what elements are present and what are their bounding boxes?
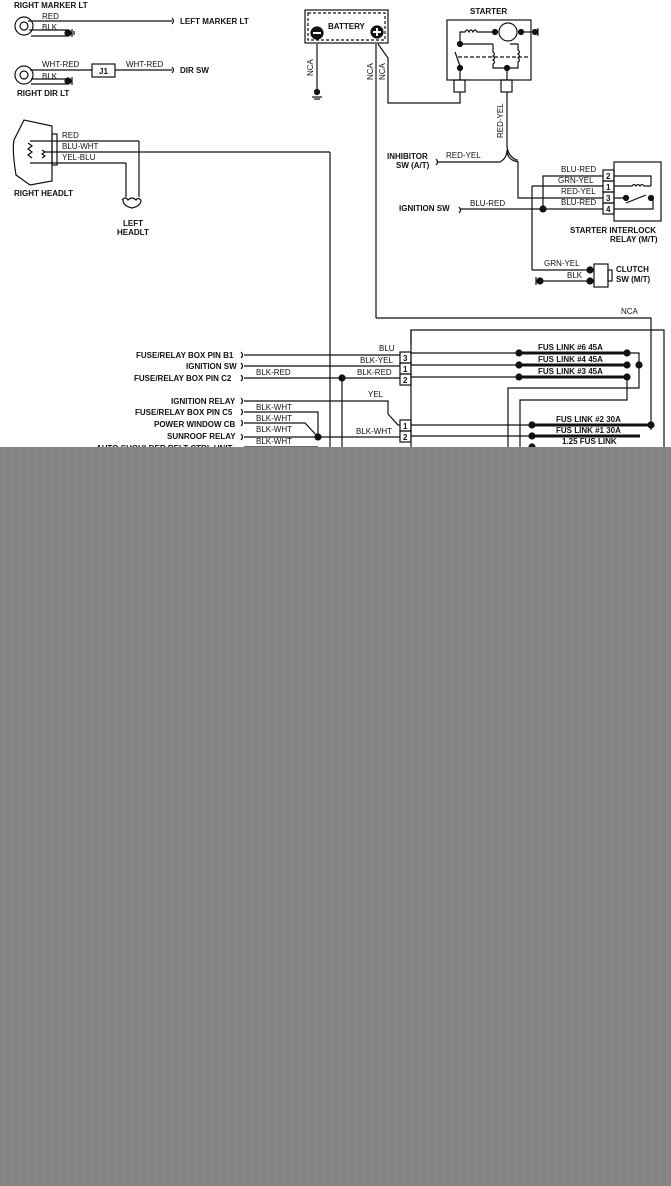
wire-label: RED-YEL — [561, 187, 596, 196]
wire-label: NCA — [306, 58, 315, 76]
ignition-sw-label: IGNITION SW — [399, 204, 450, 213]
source-label: POWER WINDOW CB — [154, 420, 236, 429]
ground-icon — [65, 78, 71, 84]
right-headlt-label: RIGHT HEADLT — [14, 189, 73, 198]
source-label: IGNITION SW — [186, 362, 237, 371]
source-label: FUSE/RELAY BOX PIN B1 — [136, 351, 234, 360]
fusible-link-label: FUS LINK #1 30A — [556, 426, 621, 435]
left-headlt-label: LEFT — [123, 219, 143, 228]
wire-label: BLK-WHT — [256, 403, 292, 412]
redaction-overlay — [0, 447, 671, 1186]
starter-interlock-circuit: INHIBITOR SW (A/T) RED-YEL IGNITION SW B… — [387, 150, 661, 287]
wire-label: RED-YEL — [446, 151, 481, 160]
starter-interlock-label: STARTER INTERLOCK — [570, 226, 656, 235]
inhibitor-sw-label: INHIBITOR — [387, 152, 428, 161]
wire-label: BLK-WHT — [256, 437, 292, 446]
fusible-link-label: FUS LINK #6 45A — [538, 343, 603, 352]
relay-coil-icon — [614, 176, 651, 186]
fusible-link-label: 1.25 FUS LINK — [562, 437, 617, 446]
source-label: FUSE/RELAY BOX PIN C2 — [134, 374, 232, 383]
starter-label: STARTER — [470, 7, 507, 16]
wire-label: RED-YEL — [496, 103, 505, 138]
relay-pin: 4 — [606, 205, 611, 214]
fusible-links: FUS LINK #6 45A FUS LINK #4 45A FUS LINK… — [411, 343, 654, 450]
wire-label: YEL — [368, 390, 384, 399]
fusible-link-label: FUS LINK #3 45A — [538, 367, 603, 376]
source-label: IGNITION RELAY — [171, 397, 236, 406]
wire-label: BLK — [567, 271, 583, 280]
relay-pin: 3 — [606, 194, 611, 203]
clutch-sw-box — [594, 264, 608, 287]
connector-pin: 2 — [403, 433, 408, 442]
wire-label: NCA — [621, 307, 639, 316]
connector-pin: 1 — [403, 365, 408, 374]
wire-label: BLU-RED — [561, 198, 596, 207]
source-label: SUNROOF RELAY — [167, 432, 236, 441]
wire-label: BLU-RED — [561, 165, 596, 174]
connector-icon — [122, 198, 141, 208]
right-dir-light: J1 DIR SW WHT-RED WHT-RED BLK RIGHT DIR … — [15, 60, 209, 98]
clutch-sw-label: CLUTCH — [616, 265, 649, 274]
fuse-connector-lower: 1 2 IGNITION RELAY FUSE/RELAY BOX PIN C5… — [96, 390, 411, 453]
interlock-relay-box — [614, 162, 661, 221]
filament-icon — [28, 143, 32, 158]
ground-icon — [537, 278, 543, 284]
right-marker-lt-label: RIGHT MARKER LT — [14, 1, 88, 10]
wire-label: WHT-RED — [126, 60, 164, 69]
connector-pin: 1 — [403, 422, 408, 431]
nca-feed-wire — [376, 318, 651, 430]
starter: STARTER RED-YEL — [447, 7, 538, 160]
wire-label: BLK-WHT — [356, 427, 392, 436]
wire-label: BLK-RED — [256, 368, 291, 377]
connector-break-icon — [172, 18, 174, 24]
wire-label: BLK-WHT — [256, 425, 292, 434]
wire-label: BLK — [42, 23, 58, 32]
starter-interlock-label: RELAY (M/T) — [610, 235, 658, 244]
left-marker-lt-label: LEFT MARKER LT — [180, 17, 249, 26]
connector-pin: 3 — [403, 354, 408, 363]
wire-label: GRN-YEL — [558, 176, 594, 185]
left-headlt-label: HEADLT — [117, 228, 149, 237]
wire-label: BLK — [42, 72, 58, 81]
dir-lamp-icon — [15, 66, 33, 84]
inhibitor-sw-label: SW (A/T) — [396, 161, 430, 170]
dir-sw-label: DIR SW — [180, 66, 209, 75]
wire-label: BLK-YEL — [360, 356, 393, 365]
fusible-link-label: FUS LINK #2 30A — [556, 415, 621, 424]
wire-label: YEL-BLU — [62, 153, 96, 162]
wire-label: BLK-WHT — [256, 414, 292, 423]
right-marker-light: RIGHT MARKER LT RED BLK LEFT MARKER LT — [14, 1, 249, 37]
clutch-sw-label: SW (M/T) — [616, 275, 651, 284]
relay-switch-icon — [626, 195, 646, 203]
wire-label: GRN-YEL — [544, 259, 580, 268]
wire-label: RED — [62, 131, 79, 140]
wire-label: RED — [42, 12, 59, 21]
wire-label: NCA — [366, 62, 375, 80]
wire-label: NCA — [378, 62, 387, 80]
wire-label: WHT-RED — [42, 60, 80, 69]
j1-label: J1 — [99, 67, 108, 76]
wire-label: BLK-RED — [357, 368, 392, 377]
marker-lamp-icon — [15, 17, 33, 35]
wire-label: BLU-WHT — [62, 142, 99, 151]
connector-pin: 2 — [403, 376, 408, 385]
motor-icon — [499, 23, 517, 41]
wire-label: BLU — [379, 344, 395, 353]
relay-pin: 1 — [606, 183, 611, 192]
battery-label: BATTERY — [328, 22, 366, 31]
ground-icon — [65, 30, 71, 36]
coil-icon — [460, 30, 495, 43]
right-dir-lt-label: RIGHT DIR LT — [17, 89, 69, 98]
marker-bulb-icon — [20, 22, 28, 30]
relay-pin: 2 — [606, 172, 611, 181]
wire-label: BLU-RED — [470, 199, 505, 208]
fusible-link-label: FUS LINK #4 45A — [538, 355, 603, 364]
source-label: FUSE/RELAY BOX PIN C5 — [135, 408, 233, 417]
